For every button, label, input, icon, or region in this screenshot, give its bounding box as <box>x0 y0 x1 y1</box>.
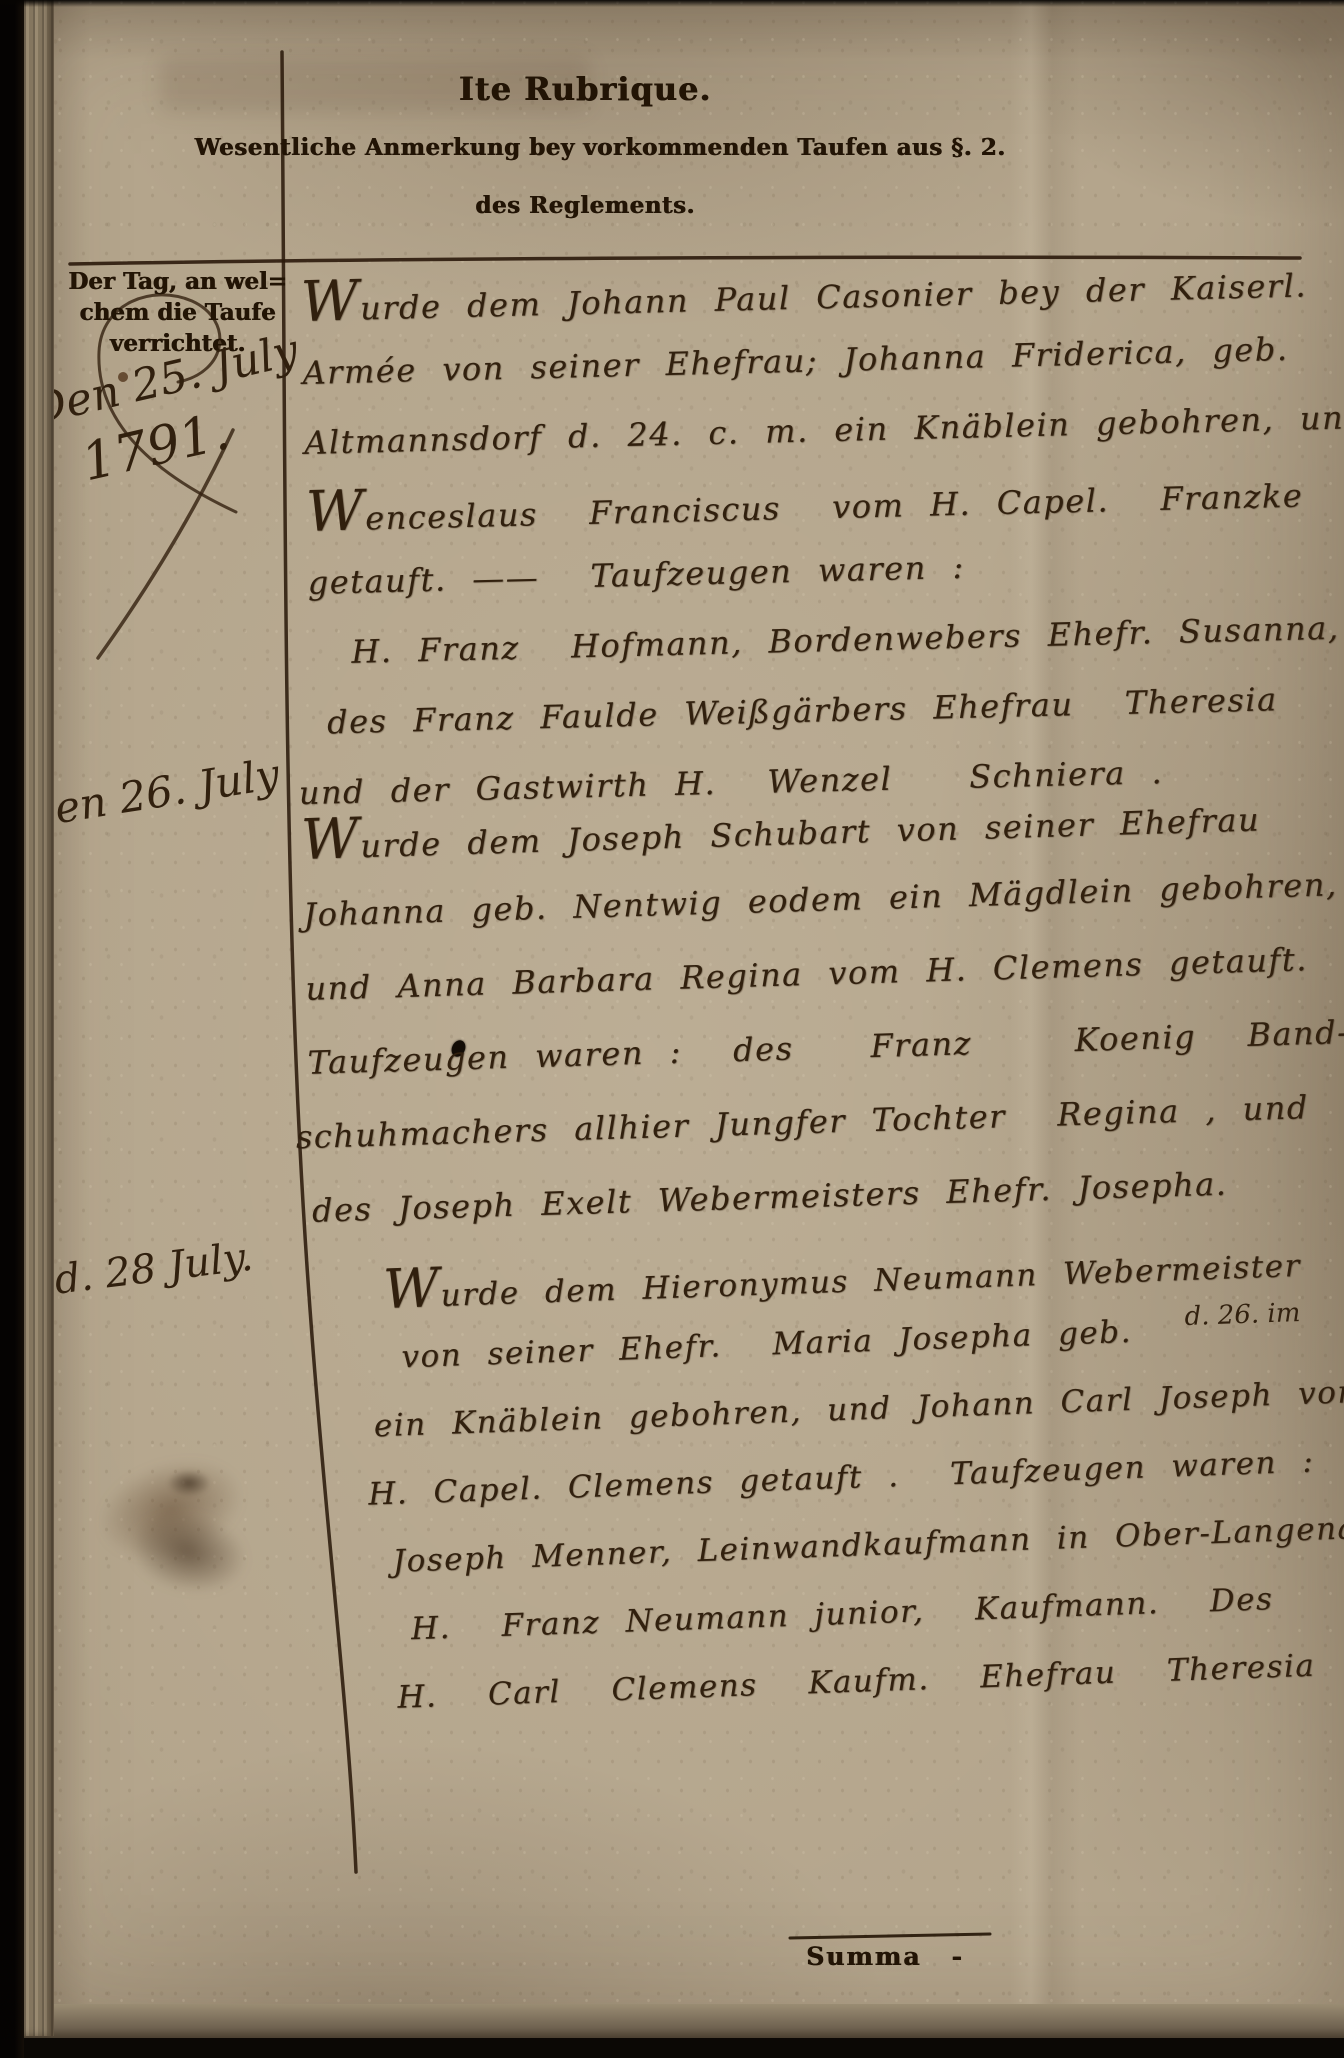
summa-row: Summa- <box>806 1942 964 1971</box>
page-title: Ite Rubrique. <box>0 70 1170 108</box>
summa-rule <box>790 1934 990 1938</box>
summa-dash: - <box>951 1942 963 1971</box>
book-spine <box>0 0 24 2058</box>
page-bottom-edge <box>24 2004 1344 2038</box>
photo-top-edge <box>0 0 1344 7</box>
summa-label: Summa <box>806 1942 921 1971</box>
rubric-note-line2: des Reglements. <box>0 192 1170 219</box>
photograph-background: Ite Rubrique. Wesentliche Anmerkung bey … <box>0 0 1344 2058</box>
manuscript-page: Ite Rubrique. Wesentliche Anmerkung bey … <box>0 0 1344 2036</box>
stain <box>168 1470 210 1496</box>
margin-date-note: d. 26. im <box>1184 1298 1301 1332</box>
rubric-note-line1: Wesentliche Anmerkung bey vorkommenden T… <box>40 134 1160 161</box>
date-column-header-line: chem die Taufe <box>60 297 295 328</box>
baptism-entry-3: Wurde dem Hieronymus Neumann Webermeiste… <box>382 1222 1344 1732</box>
baptism-entry-2: Wurde dem Joseph Schubart von seiner Ehe… <box>300 773 1344 1248</box>
date-column-header-line: Der Tag, an wel= <box>60 266 295 297</box>
baptism-entry-1: Wurde dem Johann Paul Casonier bey der K… <box>300 242 1344 828</box>
page-edge-stack <box>24 0 54 2036</box>
